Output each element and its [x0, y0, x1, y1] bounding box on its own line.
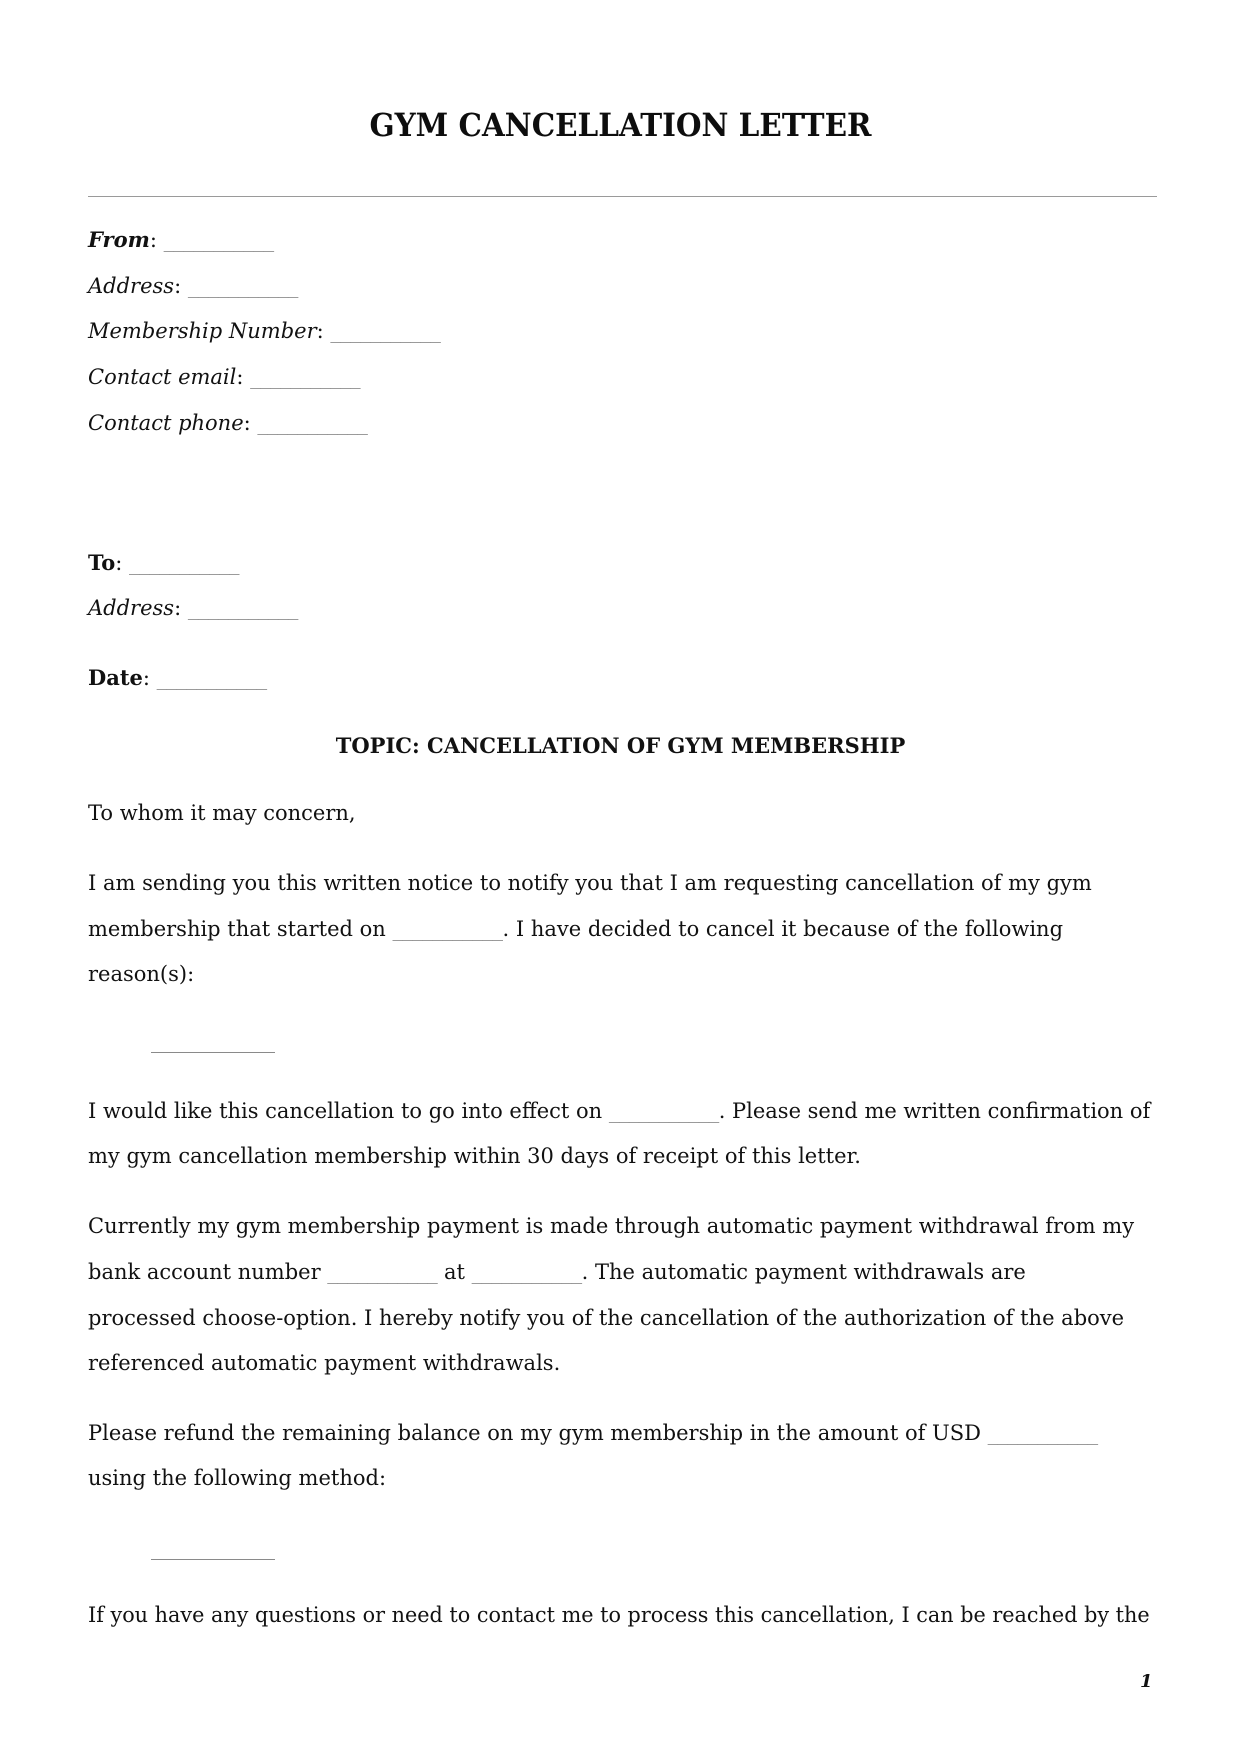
- text: I would like this cancellation to go int…: [88, 1099, 609, 1123]
- membership-number-field: Membership Number: ___________: [88, 317, 440, 345]
- paragraph-1-line-2: membership that started on ___________. …: [88, 915, 1063, 943]
- paragraph-3-line-1: Currently my gym membership payment is m…: [88, 1212, 1134, 1240]
- text: at: [437, 1260, 471, 1284]
- paragraph-2-line-1: I would like this cancellation to go int…: [88, 1097, 1150, 1125]
- from-label: From: [88, 227, 150, 252]
- to-label: To: [88, 550, 115, 575]
- text: Please refund the remaining balance on m…: [88, 1421, 988, 1445]
- paragraph-4-line-1: Please refund the remaining balance on m…: [88, 1419, 1098, 1447]
- topic-heading: TOPIC: CANCELLATION OF GYM MEMBERSHIP: [0, 732, 1241, 760]
- page-number: 1: [1140, 1671, 1153, 1692]
- text: . I have decided to cancel it because of…: [503, 917, 1064, 941]
- paragraph-3-line-2: bank account number ___________ at _____…: [88, 1258, 1026, 1286]
- recipient-address-label: Address: [88, 596, 174, 620]
- letter-page: GYM CANCELLATION LETTER From: __________…: [0, 0, 1241, 1754]
- text: . Please send me written confirmation of: [719, 1099, 1151, 1123]
- title-divider: [88, 196, 1157, 197]
- contact-phone-field: Contact phone: ___________: [88, 409, 367, 437]
- sender-address-label: Address: [88, 274, 174, 298]
- effective-date-blank[interactable]: ___________: [609, 1099, 719, 1123]
- paragraph-5-line-1: If you have any questions or need to con…: [88, 1601, 1150, 1629]
- recipient-address-field: Address: ___________: [88, 594, 298, 622]
- contact-phone-blank[interactable]: ___________: [257, 411, 367, 435]
- contact-email-blank[interactable]: ___________: [250, 365, 360, 389]
- colon: :: [236, 365, 243, 389]
- text: . The automatic payment withdrawals are: [582, 1260, 1026, 1284]
- sender-address-blank[interactable]: ___________: [188, 274, 298, 298]
- recipient-address-blank[interactable]: ___________: [188, 596, 298, 620]
- refund-method-blank[interactable]: [151, 1559, 275, 1560]
- bank-account-blank[interactable]: ___________: [327, 1260, 437, 1284]
- colon: :: [174, 274, 181, 298]
- contact-phone-label: Contact phone: [88, 411, 244, 435]
- paragraph-2-line-2: my gym cancellation membership within 30…: [88, 1142, 861, 1170]
- colon: :: [317, 319, 324, 343]
- sender-address-field: Address: ___________: [88, 272, 298, 300]
- document-title: GYM CANCELLATION LETTER: [50, 106, 1192, 144]
- date-field: Date: ___________: [88, 664, 267, 692]
- paragraph-3-line-3: processed choose-option. I hereby notify…: [88, 1304, 1124, 1332]
- paragraph-4-line-2: using the following method:: [88, 1464, 386, 1492]
- colon: :: [174, 596, 181, 620]
- reasons-blank[interactable]: [151, 1052, 275, 1053]
- salutation: To whom it may concern,: [88, 799, 356, 827]
- membership-number-label: Membership Number: [88, 319, 317, 343]
- from-field: From: ___________: [88, 226, 274, 254]
- from-blank[interactable]: ___________: [164, 228, 274, 252]
- colon: :: [150, 228, 157, 252]
- paragraph-1-line-1: I am sending you this written notice to …: [88, 869, 1092, 897]
- colon: :: [143, 666, 150, 690]
- date-blank[interactable]: ___________: [157, 666, 267, 690]
- refund-amount-blank[interactable]: ___________: [988, 1421, 1098, 1445]
- date-label: Date: [88, 665, 143, 690]
- colon: :: [115, 551, 122, 575]
- contact-email-field: Contact email: ___________: [88, 363, 360, 391]
- colon: :: [244, 411, 251, 435]
- membership-number-blank[interactable]: ___________: [330, 319, 440, 343]
- paragraph-3-line-4: referenced automatic payment withdrawals…: [88, 1349, 560, 1377]
- bank-name-blank[interactable]: ___________: [472, 1260, 582, 1284]
- text: membership that started on: [88, 917, 393, 941]
- to-blank[interactable]: ___________: [129, 551, 239, 575]
- start-date-blank[interactable]: ___________: [393, 917, 503, 941]
- contact-email-label: Contact email: [88, 365, 236, 389]
- paragraph-1-line-3: reason(s):: [88, 960, 194, 988]
- to-field: To: ___________: [88, 549, 239, 577]
- text: bank account number: [88, 1260, 327, 1284]
